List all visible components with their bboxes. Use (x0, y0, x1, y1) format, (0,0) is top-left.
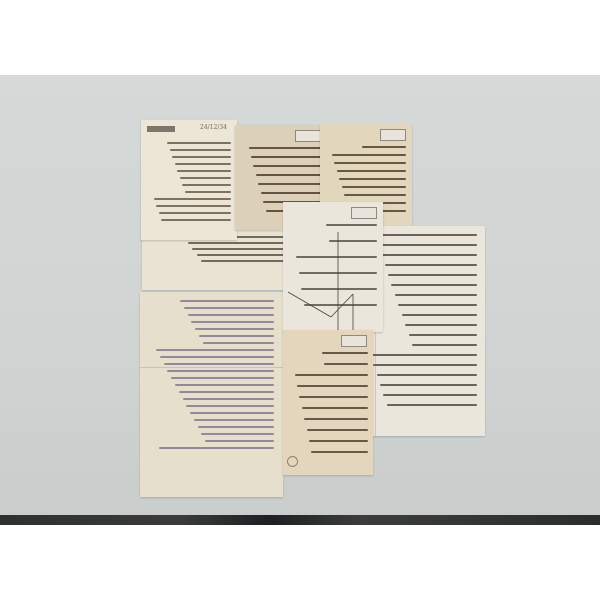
white-backdrop-bottom (0, 525, 600, 600)
date-text: 24/12/34 (200, 124, 227, 131)
handwritten-script-lines (147, 142, 232, 226)
handwritten-script-lines (288, 352, 367, 462)
printed-heading-stamp (380, 129, 406, 141)
diagonal-sketch-lines (283, 202, 383, 332)
handwritten-script-lines (152, 236, 293, 266)
round-seal-icon (287, 456, 298, 467)
table-edge (0, 515, 600, 525)
document-doc-1: 24/12/34 (141, 120, 237, 240)
document-doc-8 (283, 330, 373, 475)
printed-heading-stamp (341, 335, 367, 347)
handwritten-script-lines (149, 300, 275, 454)
document-doc-7 (140, 292, 283, 497)
fold-crease (140, 367, 283, 368)
white-backdrop-top (0, 0, 600, 75)
document-doc-5 (283, 202, 383, 332)
letterhead-block (147, 126, 175, 132)
printed-heading-stamp (295, 130, 321, 142)
